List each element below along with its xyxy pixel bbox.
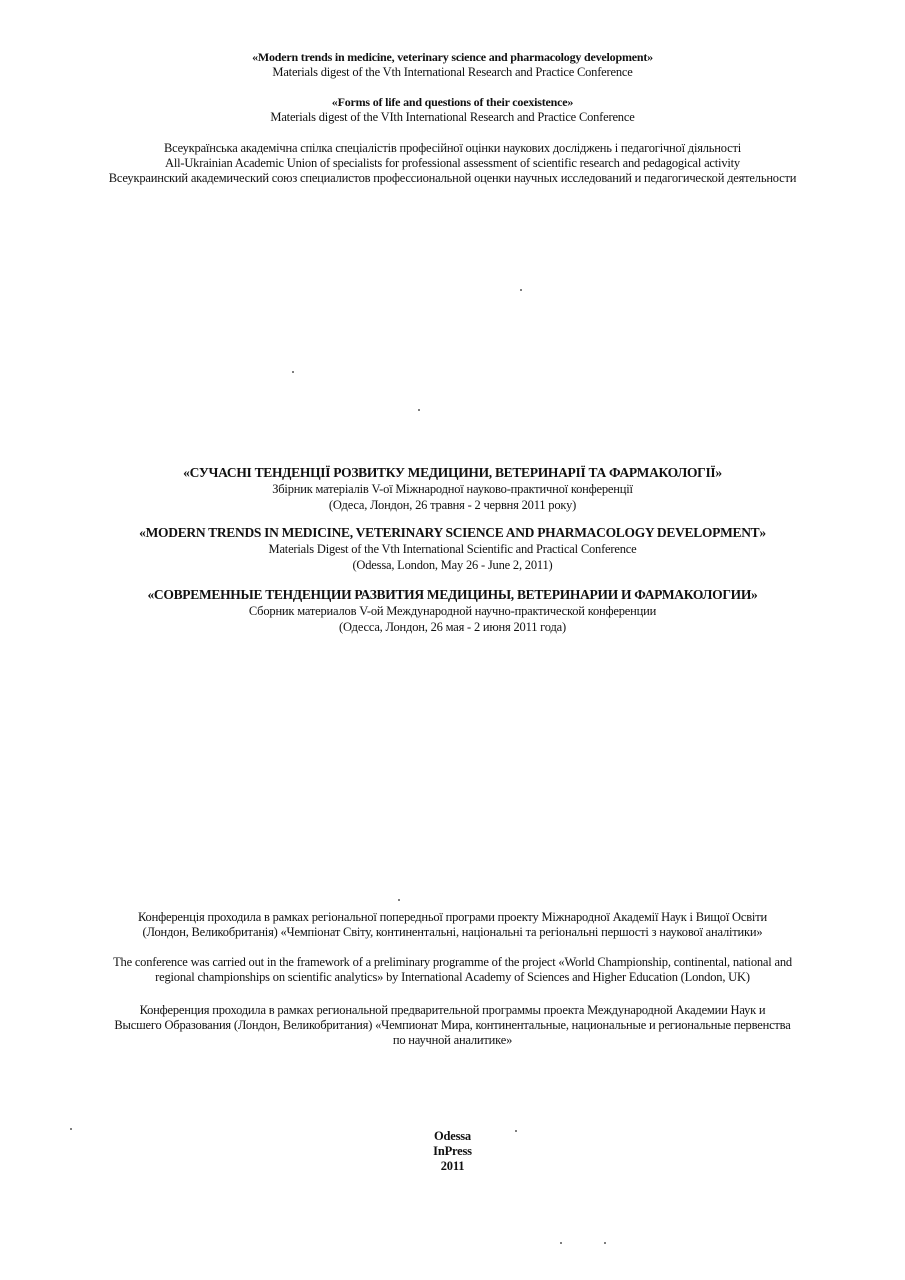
framework-note-ua: Конференція проходила в рамках регіональ… bbox=[0, 910, 905, 940]
framework-note-ru: Конференция проходила в рамках региональ… bbox=[0, 1003, 905, 1048]
dates-en: (Odessa, London, May 26 - June 2, 2011) bbox=[0, 557, 905, 573]
conference-1-subtitle: Materials digest of the Vth Internationa… bbox=[0, 65, 905, 80]
framework-ru-line-3: по научной аналитике» bbox=[0, 1033, 905, 1048]
framework-ru-line-1: Конференция проходила в рамках региональ… bbox=[0, 1003, 905, 1018]
title-ua: «СУЧАСНІ ТЕНДЕНЦІЇ РОЗВИТКУ МЕДИЦИНИ, ВЕ… bbox=[0, 464, 905, 481]
conference-1-title: «Modern trends in medicine, veterinary s… bbox=[0, 50, 905, 65]
imprint: Odessa InPress 2011 bbox=[0, 1129, 905, 1174]
title-russian: «СОВРЕМЕННЫЕ ТЕНДЕНЦИИ РАЗВИТИЯ МЕДИЦИНЫ… bbox=[0, 586, 905, 635]
imprint-city: Odessa bbox=[0, 1129, 905, 1144]
framework-en-line-2: regional championships on scientific ana… bbox=[0, 970, 905, 985]
union-name-ua: Всеукраїнська академічна спілка спеціалі… bbox=[0, 141, 905, 156]
framework-note-en: The conference was carried out in the fr… bbox=[0, 955, 905, 985]
imprint-year: 2011 bbox=[0, 1159, 905, 1174]
organizer-union: Всеукраїнська академічна спілка спеціалі… bbox=[0, 141, 905, 186]
scan-speck bbox=[418, 409, 420, 411]
framework-en-line-1: The conference was carried out in the fr… bbox=[0, 955, 905, 970]
subtitle-en: Materials Digest of the Vth Internationa… bbox=[0, 541, 905, 557]
scan-speck bbox=[70, 1128, 72, 1130]
header-conference-2: «Forms of life and questions of their co… bbox=[0, 95, 905, 125]
dates-ua: (Одеса, Лондон, 26 травня - 2 червня 201… bbox=[0, 497, 905, 513]
title-ru: «СОВРЕМЕННЫЕ ТЕНДЕНЦИИ РАЗВИТИЯ МЕДИЦИНЫ… bbox=[0, 586, 905, 603]
union-name-ru: Всеукраинский академический союз специал… bbox=[0, 171, 905, 186]
framework-ua-line-2: (Лондон, Великобританія) «Чемпіонат Світ… bbox=[0, 925, 905, 940]
header-conferences: «Modern trends in medicine, veterinary s… bbox=[0, 50, 905, 80]
title-english: «MODERN TRENDS IN MEDICINE, VETERINARY S… bbox=[0, 524, 905, 573]
framework-ua-line-1: Конференція проходила в рамках регіональ… bbox=[0, 910, 905, 925]
title-ukrainian: «СУЧАСНІ ТЕНДЕНЦІЇ РОЗВИТКУ МЕДИЦИНИ, ВЕ… bbox=[0, 464, 905, 513]
scan-speck bbox=[520, 289, 522, 291]
scan-speck bbox=[292, 371, 294, 373]
subtitle-ua: Збірник матеріалів V-ої Міжнародної наук… bbox=[0, 481, 905, 497]
subtitle-ru: Сборник материалов V-ой Международной на… bbox=[0, 603, 905, 619]
framework-ru-line-2: Высшего Образования (Лондон, Великобрита… bbox=[0, 1018, 905, 1033]
scan-speck bbox=[515, 1130, 517, 1132]
conference-2-subtitle: Materials digest of the VIth Internation… bbox=[0, 110, 905, 125]
imprint-publisher: InPress bbox=[0, 1144, 905, 1159]
scan-speck bbox=[398, 899, 400, 901]
title-en: «MODERN TRENDS IN MEDICINE, VETERINARY S… bbox=[0, 524, 905, 541]
scan-speck bbox=[604, 1242, 606, 1244]
dates-ru: (Одесса, Лондон, 26 мая - 2 июня 2011 го… bbox=[0, 619, 905, 635]
scan-speck bbox=[560, 1242, 562, 1244]
conference-2-title: «Forms of life and questions of their co… bbox=[0, 95, 905, 110]
union-name-en: All-Ukrainian Academic Union of speciali… bbox=[0, 156, 905, 171]
